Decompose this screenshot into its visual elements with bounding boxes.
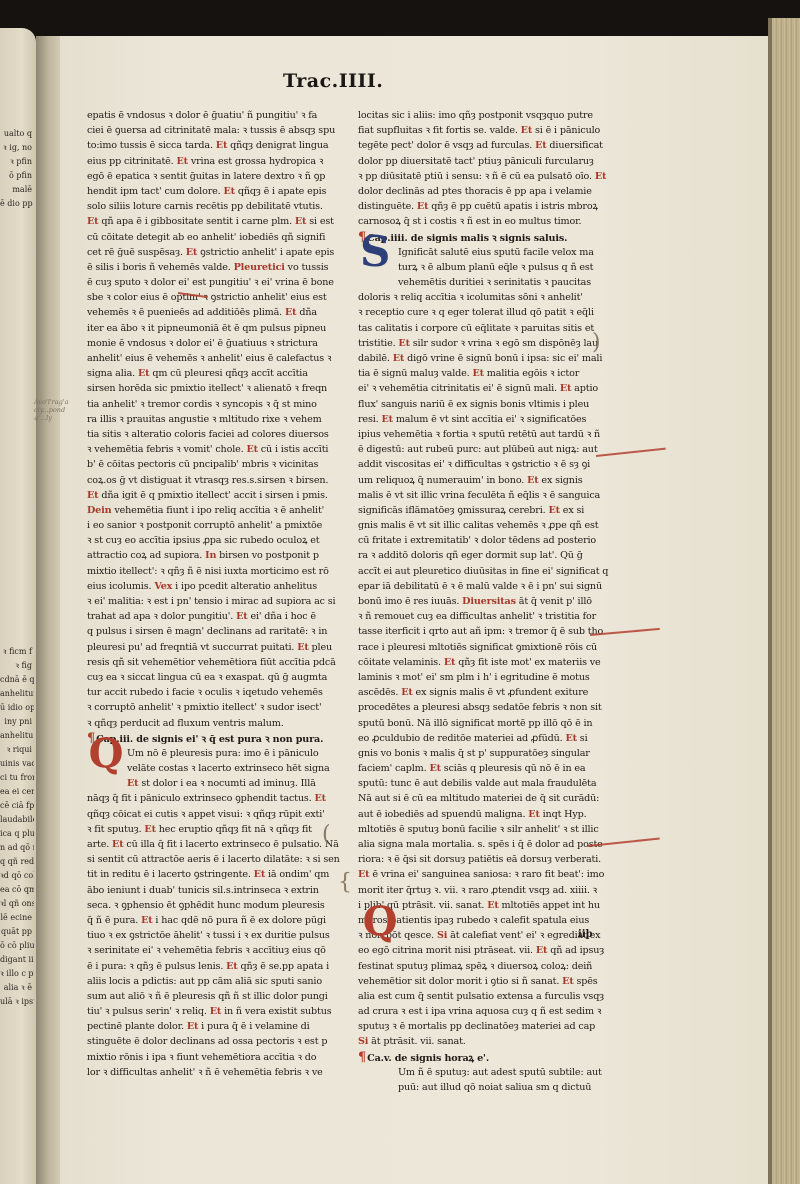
text-line: morit iter q̄rtuȝ ꝛ. vii. ꝛ raro ꝓtendit… xyxy=(358,883,624,898)
text-line: um reliquoꝝ q̄ numerauim' in bono. Et ex… xyxy=(358,473,624,488)
text-line: cuȝ ea ꝛ siccat lingua cū ea ꝛ exaspat. … xyxy=(87,670,345,685)
text-line: pleuresi pu' ad freqntiā vt succurrat pu… xyxy=(87,640,345,655)
text-line: Si āt ptrāsit. vii. sanat. xyxy=(358,1034,624,1049)
initial-q-decorated-icon: Q xyxy=(362,902,398,942)
text-line: sputū bonū. Nā illō significat mortē pp … xyxy=(358,716,624,731)
page-fore-edge xyxy=(768,18,800,1184)
text-line: ꝛ pp diūsitatē ptiū i sensu: ꝛ ñ ē cū ea… xyxy=(358,169,624,184)
facing-page-line: quāt pp xyxy=(0,926,34,937)
chapter-heading-3: ¶Cap.iii. de signis ei' ꝛ q̄ est pura ꝛ … xyxy=(87,731,345,746)
text-line: mltotiēs ē sputuȝ bonū facilie ꝛ silr an… xyxy=(358,822,624,837)
text-line: bonū imo ē res iuuās. Diuersitas āt q̄ v… xyxy=(358,594,624,609)
text-line: b' ē cōitas pectoris cū pncipalib' mbris… xyxy=(87,457,345,472)
text-line: ciei ē ꝯuersa ad citrinitatē mala: ꝛ tus… xyxy=(87,123,345,138)
text-line: arte. Et cū illa q̄ fit i lacerto extrin… xyxy=(87,837,345,852)
text-line: monie ē vndosus ꝛ dolor ei' ē ḡuatiuus ꝛ… xyxy=(87,336,345,351)
text-line: eo ꝓculdubio de reditōe materiei ad ꝓfūd… xyxy=(358,731,624,746)
text-line: ē silis i boris ñ vehemēs valde. Pleuret… xyxy=(87,260,345,275)
text-line: sputuȝ ꝛ ē mortalis pp declinatōeȝ mater… xyxy=(358,1019,624,1034)
text-line: aut ē iobediēs ad spuendū maligna. Et in… xyxy=(358,807,624,822)
text-line: hendit ipm tact' cum dolore. Et qñqȝ ē i… xyxy=(87,184,345,199)
text-line: ꝛ st cuȝ eo accītia ipsius ꝓpa sic rubed… xyxy=(87,533,345,548)
facing-page-line xyxy=(0,422,34,433)
text-line: distinguēte. Et qñȝ ē pp cuētū apatis i … xyxy=(358,199,624,214)
facing-page-line xyxy=(0,562,34,573)
facing-page-line: ō cō pliu xyxy=(0,940,34,951)
chapter-heading-5: ¶Ca.v. de signis horaꝝ e'. xyxy=(358,1050,624,1065)
facing-page-line xyxy=(0,366,34,377)
text-line: ipius vehemētia ꝛ fortia ꝛ sputū retētū … xyxy=(358,427,624,442)
margin-bracket-icon: { xyxy=(338,870,352,895)
chapter-heading-text: Ca.v. de signis horaꝝ e'. xyxy=(367,1053,489,1064)
facing-page-line: ica q plur xyxy=(0,828,34,839)
text-line: attractio coꝝ ad supiora. In birsen vo p… xyxy=(87,548,345,563)
facing-page-line xyxy=(0,408,34,419)
facing-page-line xyxy=(0,492,34,503)
text-line: ābo ieniunt i duab' tunicis sil.s.intrin… xyxy=(87,883,345,898)
facing-page-line: ea ei cen xyxy=(0,786,34,797)
facing-page-line xyxy=(0,240,34,251)
text-line: sbe ꝛ color eius ē optim' ꝛ ꝯstrictio an… xyxy=(87,290,345,305)
text-line: carnosoꝝ q̄ st i costis ꝛ ñ est in eo mu… xyxy=(358,214,624,229)
text-line: fiat supfluitas ꝛ fit fortis se. valde. … xyxy=(358,123,624,138)
text-line: dolor pp diuersitatē tact' ptiuȝ pānicul… xyxy=(358,154,624,169)
text-line: resis qñ sit vehemētior vehemētiora fiūt… xyxy=(87,655,345,670)
text-line: Et st dolor i ea ꝛ nocumti ad iminuȝ. Il… xyxy=(87,776,345,791)
facing-page-line xyxy=(0,268,34,279)
text-line: sirsen horēda sic pmixtio itellect' ꝛ al… xyxy=(87,381,345,396)
signature-mark: iiþ xyxy=(578,929,593,940)
text-line: ꝛ ei' malitia: ꝛ est i pn' tensio i mira… xyxy=(87,594,345,609)
margin-note-line: Avo'l'rag'a xyxy=(34,398,88,406)
text-line: ra illis ꝛ prauitas angustie ꝛ mltitudo … xyxy=(87,412,345,427)
text-line: tia ē signū maluȝ valde. Et malitia egōi… xyxy=(358,366,624,381)
facing-page-text: ualto qꝛ ig, noꝛ pfinō pfinmalēē dio ppꝛ… xyxy=(0,128,34,1010)
text-line: malis ē vt sit illic vrina feculēta ñ eq… xyxy=(358,488,624,503)
text-line: solo siliis loture carnis recētis pp deb… xyxy=(87,199,345,214)
text-line: cū fritate i extremitatib' ꝛ dolor tēden… xyxy=(358,533,624,548)
text-column-right: locitas sic i aliis: imo qñȝ postponit v… xyxy=(358,108,624,1095)
text-line: alia signa mala mortalia. s. spēs i q̄ ē… xyxy=(358,837,624,852)
text-line: iter ea ābo ꝛ it pipneumoniā ēt ē qm pul… xyxy=(87,321,345,336)
facing-page-line: ꝛl qñ ons xyxy=(0,898,34,909)
text-line: Et ē vrina ei' sanguinea saniosa: ꝛ raro… xyxy=(358,867,624,882)
margin-bracket-icon: ) xyxy=(592,330,601,355)
facing-page-line xyxy=(0,282,34,293)
text-line: ascēdēs. Et ex signis malis ē vt ꝓfunden… xyxy=(358,685,624,700)
text-line: tiuo ꝛ ex ꝯstrictōe āhelit' ꝛ tussi i ꝛ … xyxy=(87,928,345,943)
facing-page-line: digant iiii xyxy=(0,954,34,965)
facing-page-line xyxy=(0,632,34,643)
text-line: tia anhelit' ꝛ tremor cordis ꝛ syncopis … xyxy=(87,397,345,412)
text-line: ē digestū: aut rubeū purc: aut plūbeū au… xyxy=(358,442,624,457)
text-line: Dein vehemētia fiunt i ipo reliq accītia… xyxy=(87,503,345,518)
text-line: locitas sic i aliis: imo qñȝ postponit v… xyxy=(358,108,624,123)
facing-page-line: ꝛ ig, no xyxy=(0,142,34,153)
text-line: doloris ꝛ reliq accītia ꝛ icolumitas sōn… xyxy=(358,290,624,305)
text-line: dabilē. Et digō vrine ē signū bonū i ips… xyxy=(358,351,624,366)
facing-page-line xyxy=(0,436,34,447)
text-line: Ignificāt salutē eius sputū facile velox… xyxy=(358,245,624,260)
text-line: epar iā debilitatū ē ꝛ ē malū valde ꝛ ē … xyxy=(358,579,624,594)
text-line: ei' ꝛ vehemētia citrinitatis ei' ē signū… xyxy=(358,381,624,396)
facing-page-line xyxy=(0,296,34,307)
facing-page-line: cdnā ē qui xyxy=(0,674,34,685)
facing-page-line xyxy=(0,352,34,363)
text-line: vehemētis duritiei ꝛ serinitatis ꝛ pauci… xyxy=(358,275,624,290)
text-line: Nā aut si ē cū ea mltitudo materiei de q… xyxy=(358,791,624,806)
text-line: Um ñ ē sputuȝ: aut adest sputū subtile: … xyxy=(358,1065,624,1080)
facing-page-line: laudabile xyxy=(0,814,34,825)
facing-page-line xyxy=(0,212,34,223)
facing-page-line xyxy=(0,548,34,559)
facing-page-line xyxy=(0,576,34,587)
facing-page-line: malē xyxy=(0,184,34,195)
facing-page-line: ꝛ ficm f xyxy=(0,646,34,657)
text-line: ꝛ vehemētia febris ꝛ vomit' chole. Et cū… xyxy=(87,442,345,457)
text-line: signa alia. Et qm cū pleuresi qñqȝ accīt… xyxy=(87,366,345,381)
text-line: turꝝ ꝛ ē album planū eq̄le ꝛ pulsus q ñ … xyxy=(358,260,624,275)
text-line: tristitie. Et silr sudor ꝛ vrina ꝛ egō s… xyxy=(358,336,624,351)
text-line: tasse iterficit i qrto aut añ ipm: ꝛ tre… xyxy=(358,624,624,639)
facing-page-line: alia ꝛ ē xyxy=(0,982,34,993)
facing-page-line xyxy=(0,604,34,615)
text-line: stinguēte ē dolor declinans ad ossa pect… xyxy=(87,1034,345,1049)
text-line: tit in reditu ē i lacerto ꝯstringente. E… xyxy=(87,867,345,882)
text-line: procedētes a pleuresi absqȝ sedatōe febr… xyxy=(358,700,624,715)
text-line: eius pp citrinitatē. Et vrina est grossa… xyxy=(87,154,345,169)
text-line: to:imo tussis ē sicca tarda. Et qñqȝ den… xyxy=(87,138,345,153)
page-edge-shadow xyxy=(768,18,772,1184)
text-line: ꝛ fit sputuȝ. Et hec eruptio qñqȝ fit nā… xyxy=(87,822,345,837)
text-line: ē cuȝ sputo ꝛ dolor ei' est pungitiu' ꝛ … xyxy=(87,275,345,290)
text-line: laminis ꝛ mot' ei' sm plm i h' i egritud… xyxy=(358,670,624,685)
text-line: gnis malis ē vt sit illic calitas vehemē… xyxy=(358,518,624,533)
text-line: dolor declinās ad ptes thoracis ē pp apa… xyxy=(358,184,624,199)
text-line: mixtio itellect': ꝛ qñȝ ñ ē nisi iuxta m… xyxy=(87,564,345,579)
facing-page-line xyxy=(0,450,34,461)
facing-page-line: ꝛd qō colle xyxy=(0,870,34,881)
text-line: tur accit rubedo i facie ꝛ oculis ꝛ iqet… xyxy=(87,685,345,700)
facing-page-line: ulā ꝛ ipsu xyxy=(0,996,34,1007)
text-line: faciem' caplm. Et sciās q pleuresis qū n… xyxy=(358,761,624,776)
text-line: cet rē ḡuē suspēsaȝ. Et ꝯstrictio anheli… xyxy=(87,245,345,260)
facing-page-line xyxy=(0,226,34,237)
text-line: gnis vo bonis ꝛ malis q̄ st p' suppuratō… xyxy=(358,746,624,761)
text-line: addit viscositas ei' ꝛ difficultas ꝛ ꝯst… xyxy=(358,457,624,472)
text-line: ē i pura: ꝛ qñȝ ē pulsus lenis. Et qñȝ ē… xyxy=(87,959,345,974)
text-line: sputū: tunc ē aut debilis valde aut mala… xyxy=(358,776,624,791)
facing-page-line: iny pni xyxy=(0,716,34,727)
text-column-left: epatis ē vndosus ꝛ dolor ē ḡuatiu' ñ pun… xyxy=(87,108,345,1080)
text-line: tegēte pect' dolor ē vsqȝ ad furculas. E… xyxy=(358,138,624,153)
text-line: seca. ꝛ ꝯphensio ēt ꝯphēdit hunc modum p… xyxy=(87,898,345,913)
facing-page-line xyxy=(0,310,34,321)
running-head: Trac.IIII. xyxy=(283,70,383,92)
facing-page-line: ē dio pp xyxy=(0,198,34,209)
text-line: ꝛ ñ remouet cuȝ ea difficultas anhelit' … xyxy=(358,609,624,624)
text-line: race i pleuresi mltotiēs significat ꝯmix… xyxy=(358,640,624,655)
text-line: velāte costas ꝛ lacerto extrinseco hēt s… xyxy=(87,761,345,776)
facing-page-line: ꝛ pfin xyxy=(0,156,34,167)
marginal-annotation: Avo'l'rag'a ciy...pond q'...ly xyxy=(34,398,88,422)
text-line: trahat ad apa ꝛ dolor pungitiu'. Et ei' … xyxy=(87,609,345,624)
text-line: qñqȝ cōicat ei cutis ꝛ appet visui: ꝛ qñ… xyxy=(87,807,345,822)
text-line: ra ꝛ additō doloris qñ eger dormit sup l… xyxy=(358,548,624,563)
text-line: vehemētior sit dolor morit i ꝯtio si ñ s… xyxy=(358,974,624,989)
text-line: q̄ ñ ē pura. Et i hac qdē nō pura ñ ē ex… xyxy=(87,913,345,928)
text-line: cōitate velaminis. Et qñȝ fit iste mot' … xyxy=(358,655,624,670)
facing-page-left: ualto qꝛ ig, noꝛ pfinō pfinmalēē dio ppꝛ… xyxy=(0,28,36,1184)
text-line: alia est cum q̄ sentit pulsatio extensa … xyxy=(358,989,624,1004)
text-line: tia sitis ꝛ alteratio coloris faciei ad … xyxy=(87,427,345,442)
text-line: pectinē plante dolor. Et i pura q̄ ē i v… xyxy=(87,1019,345,1034)
text-line: aliis locis a pdictis: aut pp cām aliā s… xyxy=(87,974,345,989)
facing-page-line xyxy=(0,324,34,335)
text-line: riora: ꝛ ē q̄si sit dorsuȝ patiētis eā d… xyxy=(358,852,624,867)
facing-page-line xyxy=(0,254,34,265)
facing-page-line: lē ecine xyxy=(0,912,34,923)
facing-page-line: anhelitu xyxy=(0,730,34,741)
chapter-heading-4: ¶Cap.iiii. de signis malis ꝛ signis salu… xyxy=(358,230,624,245)
facing-page-line xyxy=(0,338,34,349)
facing-page-line xyxy=(0,590,34,601)
margin-bracket-icon: ( xyxy=(322,822,331,847)
text-line: Et qñ apa ē i gibbositate sentit i carne… xyxy=(87,214,345,229)
facing-page-line: ci tu fron xyxy=(0,772,34,783)
background-shadow xyxy=(0,0,800,40)
chapter-heading-text: Cap.iiii. de signis malis ꝛ signis salui… xyxy=(367,233,567,244)
text-line: nāqȝ q̄ fit i pāniculo extrinseco ꝯphend… xyxy=(87,791,345,806)
text-line: si sentit cū attractōe aeris ē i lacerto… xyxy=(87,852,345,867)
facing-page-line xyxy=(0,478,34,489)
text-line: significās iflāmatōeȝ ꝯmissuraꝝ cerebri.… xyxy=(358,503,624,518)
facing-page-line: uinis vaqu xyxy=(0,758,34,769)
text-line: ꝛ receptio cure ꝛ q eger tolerat illud q… xyxy=(358,305,624,320)
facing-page-line xyxy=(0,618,34,629)
text-line: resi. Et malum ē vt sint accītia ei' ꝛ s… xyxy=(358,412,624,427)
text-line: sum aut aliō ꝛ ñ ē pleuresis qñ ñ st ill… xyxy=(87,989,345,1004)
text-line: mixtio rōnis i ipa ꝛ fiunt vehemētiora a… xyxy=(87,1050,345,1065)
text-line: festinat sputuȝ plimaꝝ spēꝝ ꝛ diuersoꝝ c… xyxy=(358,959,624,974)
text-line: eo egō citrina morit nisi ptrāseat. vii.… xyxy=(358,943,624,958)
right-column-body: locitas sic i aliis: imo qñȝ postponit v… xyxy=(358,108,624,230)
text-line: tiu' ꝛ pulsus serin' ꝛ reliq. Et in ñ ve… xyxy=(87,1004,345,1019)
text-line: ꝛ serinitate ei' ꝛ vehemētia febris ꝛ ac… xyxy=(87,943,345,958)
text-line: anhelit' eius ē vehemēs ꝛ anhelit' eius … xyxy=(87,351,345,366)
facing-page-line xyxy=(0,464,34,475)
margin-note-line: q'...ly xyxy=(34,414,88,422)
initial-s-blue-icon: S xyxy=(360,230,390,274)
facing-page-line xyxy=(0,380,34,391)
facing-page-line: cē ciā fpin xyxy=(0,800,34,811)
text-line: lor ꝛ difficultas anhelit' ꝛ ñ ē vehemēt… xyxy=(87,1065,345,1080)
text-line: egō ē epatica ꝛ sentit ḡuitas in latere … xyxy=(87,169,345,184)
facing-page-line: ꝛ fig xyxy=(0,660,34,671)
facing-page-line xyxy=(0,534,34,545)
margin-note-line: ciy...pond xyxy=(34,406,88,414)
text-line: flux' sanguis nariū ē ex signis bonis vl… xyxy=(358,397,624,412)
text-line: q pulsus i sirsen ē magn' declinans ad r… xyxy=(87,624,345,639)
text-line: ꝛ corruptō anhelit' ꝛ pmixtio itellect' … xyxy=(87,700,345,715)
text-line: vehemēs ꝛ ē puenieēs ad additiōēs plimā.… xyxy=(87,305,345,320)
facing-page-line xyxy=(0,394,34,405)
facing-page-line: ualto q xyxy=(0,128,34,139)
initial-q-decorated-icon: Q xyxy=(88,734,124,774)
chapter-heading-text: Cap.iii. de signis ei' ꝛ q̄ est pura ꝛ n… xyxy=(96,734,323,745)
facing-page-line: ꝛ riqui xyxy=(0,744,34,755)
facing-page-line: ea cō qmi xyxy=(0,884,34,895)
facing-page-line: anhelitum xyxy=(0,688,34,699)
text-line: tas calitatis i corpore cū eq̄litate ꝛ p… xyxy=(358,321,624,336)
facing-page-line: ō pfin xyxy=(0,170,34,181)
left-column-body: epatis ē vndosus ꝛ dolor ē ḡuatiu' ñ pun… xyxy=(87,108,345,731)
text-line: Et dña igit ē q pmixtio itellect' accit … xyxy=(87,488,345,503)
text-line: coꝝ.os ḡ vt distiguat it vtrasqȝ res.s.s… xyxy=(87,473,345,488)
text-line: eius icolumis. Vex i ipo pcedit alterati… xyxy=(87,579,345,594)
text-line: i eo sanior ꝛ postponit corruptō anhelit… xyxy=(87,518,345,533)
pilcrow-icon: ¶ xyxy=(358,1050,366,1065)
facing-page-line xyxy=(0,520,34,531)
facing-page-line: n ad qō ne xyxy=(0,842,34,853)
text-line: ꝛ qñqȝ perducit ad fluxum ventris malum. xyxy=(87,716,345,731)
left-column-chapter-body: Um nō ē pleuresis pura: imo ē i pāniculo… xyxy=(87,746,345,1080)
facing-page-line: ū idio op xyxy=(0,702,34,713)
facing-page-line xyxy=(0,506,34,517)
text-line: cū cōitate detegit ab eo anhelit' iobedi… xyxy=(87,230,345,245)
text-line: epatis ē vndosus ꝛ dolor ē ḡuatiu' ñ pun… xyxy=(87,108,345,123)
facing-page-line: q qñ redd xyxy=(0,856,34,867)
text-line: ad crura ꝛ est i ipa vrina aquosa cuȝ q … xyxy=(358,1004,624,1019)
text-line: Um nō ē pleuresis pura: imo ē i pāniculo xyxy=(87,746,345,761)
facing-page-line: ꝛ illo c pna xyxy=(0,968,34,979)
right-column-final-lines: Um ñ ē sputuȝ: aut adest sputū subtile: … xyxy=(358,1065,624,1095)
text-line: accīt ei aut pleuretico diuūsitas in fin… xyxy=(358,564,624,579)
text-line: puū: aut illud qō noiat saliua sm q dict… xyxy=(358,1080,624,1095)
